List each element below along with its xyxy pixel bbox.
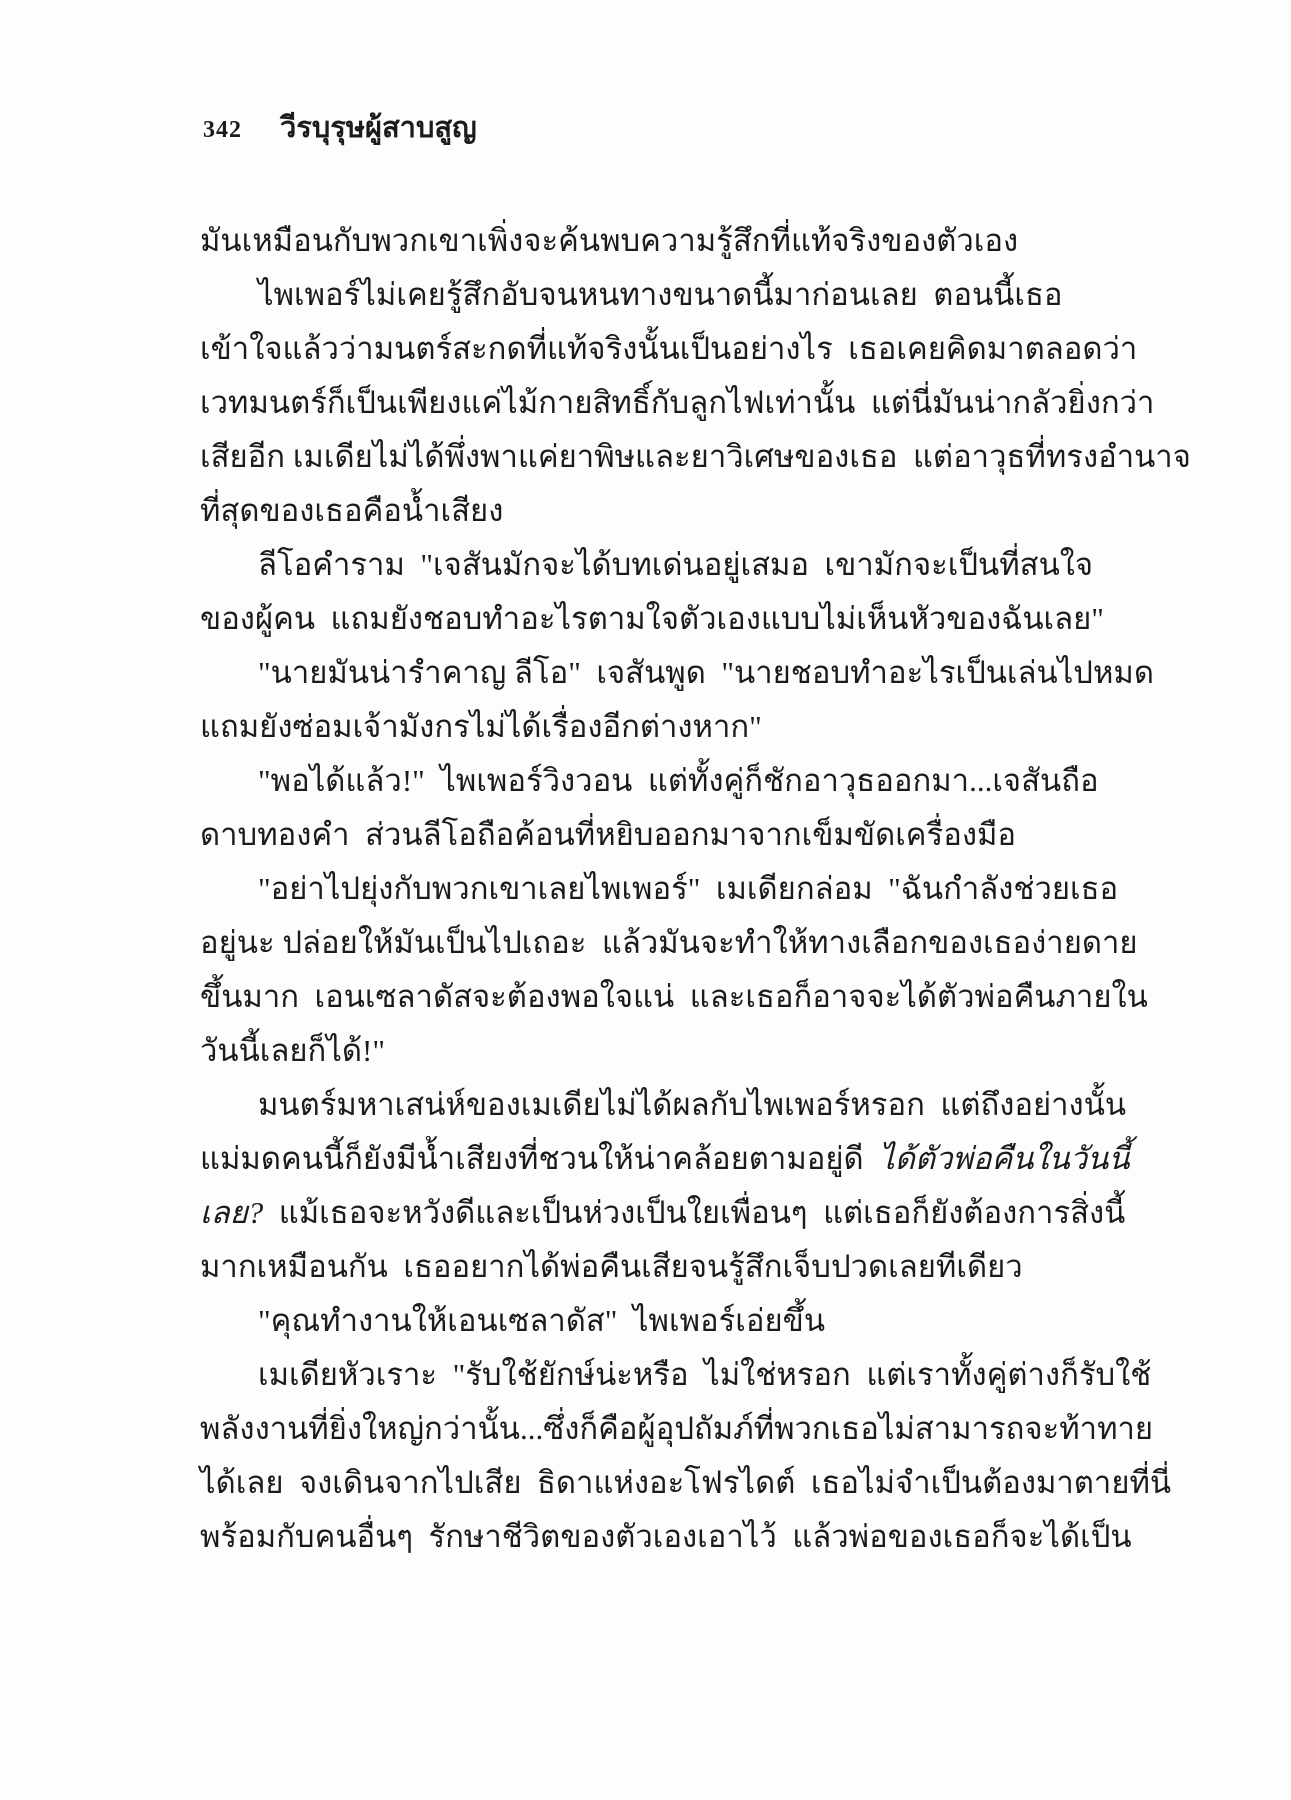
text-segment: พร้อมกับคนอื่นๆ รักษาชีวิตของตัวเองเอาไว… — [200, 1519, 1132, 1554]
text-line: วันนี้เลยก็ได้!" — [200, 1024, 1105, 1078]
text-segment: ขึ้นมาก เอนเซลาดัสจะต้องพอใจแน่ และเธอก็… — [200, 979, 1148, 1014]
text-segment: พลังงานที่ยิ่งใหญ่กว่านั้น...ซึ่งก็คือผู… — [200, 1411, 1153, 1446]
text-segment: มันเหมือนกับพวกเขาเพิ่งจะค้นพบความรู้สึก… — [200, 223, 1018, 258]
text-segment: มนตร์มหาเสน่ห์ของเมเดียไม่ได้ผลกับไพเพอร… — [258, 1087, 1126, 1122]
book-page: 342 วีรบุรุษผู้สาบสูญ มันเหมือนกับพวกเขา… — [0, 0, 1291, 1800]
text-segment: "อย่าไปยุ่งกับพวกเขาเลยไพเพอร์" เมเดียกล… — [258, 871, 1118, 906]
text-line: "นายมันน่ารำคาญ ลีโอ" เจสันพูด "นายชอบทำ… — [200, 646, 1105, 700]
text-segment: วันนี้เลยก็ได้!" — [200, 1033, 385, 1068]
italic-text-segment: เลย? — [200, 1195, 263, 1230]
text-segment: "นายมันน่ารำคาญ ลีโอ" เจสันพูด "นายชอบทำ… — [258, 655, 1154, 690]
text-line: เวทมนตร์ก็เป็นเพียงแค่ไม้กายสิทธิ์กับลูก… — [200, 376, 1105, 430]
text-line: "พอได้แล้ว!" ไพเพอร์วิงวอน แต่ทั้งคู่ก็ช… — [200, 754, 1105, 808]
text-line: เข้าใจแล้วว่ามนตร์สะกดที่แท้จริงนั้นเป็น… — [200, 322, 1105, 376]
text-line: ได้เลย จงเดินจากไปเสีย ธิดาแห่งอะโฟรไดต์… — [200, 1456, 1105, 1510]
text-line: ลีโอคำราม "เจสันมักจะได้บทเด่นอยู่เสมอ เ… — [200, 538, 1105, 592]
text-line: ของผู้คน แถมยังชอบทำอะไรตามใจตัวเองแบบไม… — [200, 592, 1105, 646]
text-line: ดาบทองคำ ส่วนลีโอถือค้อนที่หยิบออกมาจากเ… — [200, 808, 1105, 862]
text-segment: ลีโอคำราม "เจสันมักจะได้บทเด่นอยู่เสมอ เ… — [258, 547, 1093, 582]
text-line: เลย? แม้เธอจะหวังดีและเป็นห่วงเป็นใยเพื่… — [200, 1186, 1105, 1240]
text-segment: แม้เธอจะหวังดีและเป็นห่วงเป็นใยเพื่อนๆ แ… — [263, 1195, 1125, 1230]
page-body: มันเหมือนกับพวกเขาเพิ่งจะค้นพบความรู้สึก… — [200, 214, 1105, 1564]
text-segment: มากเหมือนกัน เธออยากได้พ่อคืนเสียจนรู้สึ… — [200, 1249, 1023, 1284]
text-line: พลังงานที่ยิ่งใหญ่กว่านั้น...ซึ่งก็คือผู… — [200, 1402, 1105, 1456]
text-line: มากเหมือนกัน เธออยากได้พ่อคืนเสียจนรู้สึ… — [200, 1240, 1105, 1294]
page-header: 342 วีรบุรุษผู้สาบสูญ — [203, 104, 477, 150]
text-line: "คุณทำงานให้เอนเซลาดัส" ไพเพอร์เอ่ยขึ้น — [200, 1294, 1105, 1348]
text-segment: แม่มดคนนี้ก็ยังมีน้ำเสียงที่ชวนให้น่าคล้… — [200, 1141, 879, 1176]
text-line: ขึ้นมาก เอนเซลาดัสจะต้องพอใจแน่ และเธอก็… — [200, 970, 1105, 1024]
text-line: "อย่าไปยุ่งกับพวกเขาเลยไพเพอร์" เมเดียกล… — [200, 862, 1105, 916]
text-segment: ดาบทองคำ ส่วนลีโอถือค้อนที่หยิบออกมาจากเ… — [200, 817, 1016, 852]
text-segment: เมเดียหัวเราะ "รับใช้ยักษ์น่ะหรือ ไม่ใช่… — [258, 1357, 1151, 1392]
text-segment: ที่สุดของเธอคือน้ำเสียง — [200, 493, 503, 528]
text-segment: เสียอีก เมเดียไม่ได้พึ่งพาแค่ยาพิษและยาว… — [200, 439, 1191, 474]
text-line: เสียอีก เมเดียไม่ได้พึ่งพาแค่ยาพิษและยาว… — [200, 430, 1105, 484]
running-title: วีรบุรุษผู้สาบสูญ — [280, 104, 477, 150]
text-line: อยู่นะ ปล่อยให้มันเป็นไปเถอะ แล้วมันจะทำ… — [200, 916, 1105, 970]
text-segment: แถมยังซ่อมเจ้ามังกรไม่ได้เรื่องอีกต่างหา… — [200, 709, 762, 744]
italic-text-segment: ได้ตัวพ่อคืนในวันนี้ — [879, 1141, 1129, 1176]
text-line: แม่มดคนนี้ก็ยังมีน้ำเสียงที่ชวนให้น่าคล้… — [200, 1132, 1105, 1186]
text-segment: "พอได้แล้ว!" ไพเพอร์วิงวอน แต่ทั้งคู่ก็ช… — [258, 763, 1099, 798]
text-segment: ของผู้คน แถมยังชอบทำอะไรตามใจตัวเองแบบไม… — [200, 601, 1104, 636]
text-segment: เวทมนตร์ก็เป็นเพียงแค่ไม้กายสิทธิ์กับลูก… — [200, 385, 1154, 420]
text-line: ที่สุดของเธอคือน้ำเสียง — [200, 484, 1105, 538]
text-line: เมเดียหัวเราะ "รับใช้ยักษ์น่ะหรือ ไม่ใช่… — [200, 1348, 1105, 1402]
text-segment: ไพเพอร์ไม่เคยรู้สึกอับจนหนทางขนาดนี้มาก่… — [258, 277, 1063, 312]
text-line: แถมยังซ่อมเจ้ามังกรไม่ได้เรื่องอีกต่างหา… — [200, 700, 1105, 754]
text-segment: "คุณทำงานให้เอนเซลาดัส" ไพเพอร์เอ่ยขึ้น — [258, 1303, 825, 1338]
page-number: 342 — [203, 117, 242, 144]
text-line: มันเหมือนกับพวกเขาเพิ่งจะค้นพบความรู้สึก… — [200, 214, 1105, 268]
text-segment: อยู่นะ ปล่อยให้มันเป็นไปเถอะ แล้วมันจะทำ… — [200, 925, 1138, 960]
text-line: พร้อมกับคนอื่นๆ รักษาชีวิตของตัวเองเอาไว… — [200, 1510, 1105, 1564]
text-line: มนตร์มหาเสน่ห์ของเมเดียไม่ได้ผลกับไพเพอร… — [200, 1078, 1105, 1132]
text-line: ไพเพอร์ไม่เคยรู้สึกอับจนหนทางขนาดนี้มาก่… — [200, 268, 1105, 322]
text-segment: ได้เลย จงเดินจากไปเสีย ธิดาแห่งอะโฟรไดต์… — [200, 1465, 1171, 1500]
text-segment: เข้าใจแล้วว่ามนตร์สะกดที่แท้จริงนั้นเป็น… — [200, 331, 1137, 366]
